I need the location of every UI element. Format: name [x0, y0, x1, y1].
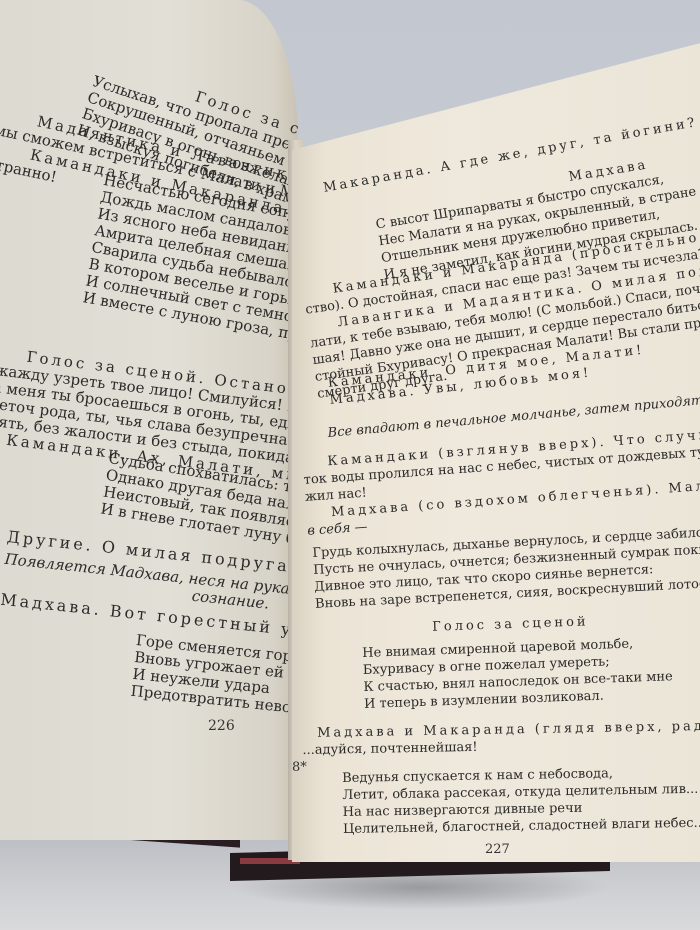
right-joy: Мадхава и Макаранда (глядя вверх, радост…	[302, 717, 700, 759]
page-number-right: 227	[485, 842, 510, 857]
signature-mark: 8*	[292, 760, 307, 775]
right-verse-4: Не внимая смиренной царевой мольбе, Бхур…	[362, 634, 674, 713]
page-number-left: 226	[208, 718, 235, 734]
heading: Голос за сценой	[397, 613, 589, 637]
right-verse-3: Грудь колыхнулась, дыханье вернулось, и …	[312, 522, 700, 612]
right-voice: Голос за сценой	[397, 613, 589, 637]
left-verses: Несчастью сегодня сопутствует счастье...…	[81, 172, 298, 365]
right-verse-5: Ведунья спускается к нам с небосвода, Ле…	[342, 764, 700, 838]
right-page: Макаранда. А где же, друг, та йогини? Ма…	[292, 0, 700, 862]
left-page: Голос за сценой Услыхав, что пропала пре…	[0, 0, 298, 840]
left-verse-7: Горе сменяется горем; Вновь угрожает ей …	[130, 632, 298, 724]
photo-scene: Голос за сценой Услыхав, что пропала пре…	[0, 0, 700, 930]
